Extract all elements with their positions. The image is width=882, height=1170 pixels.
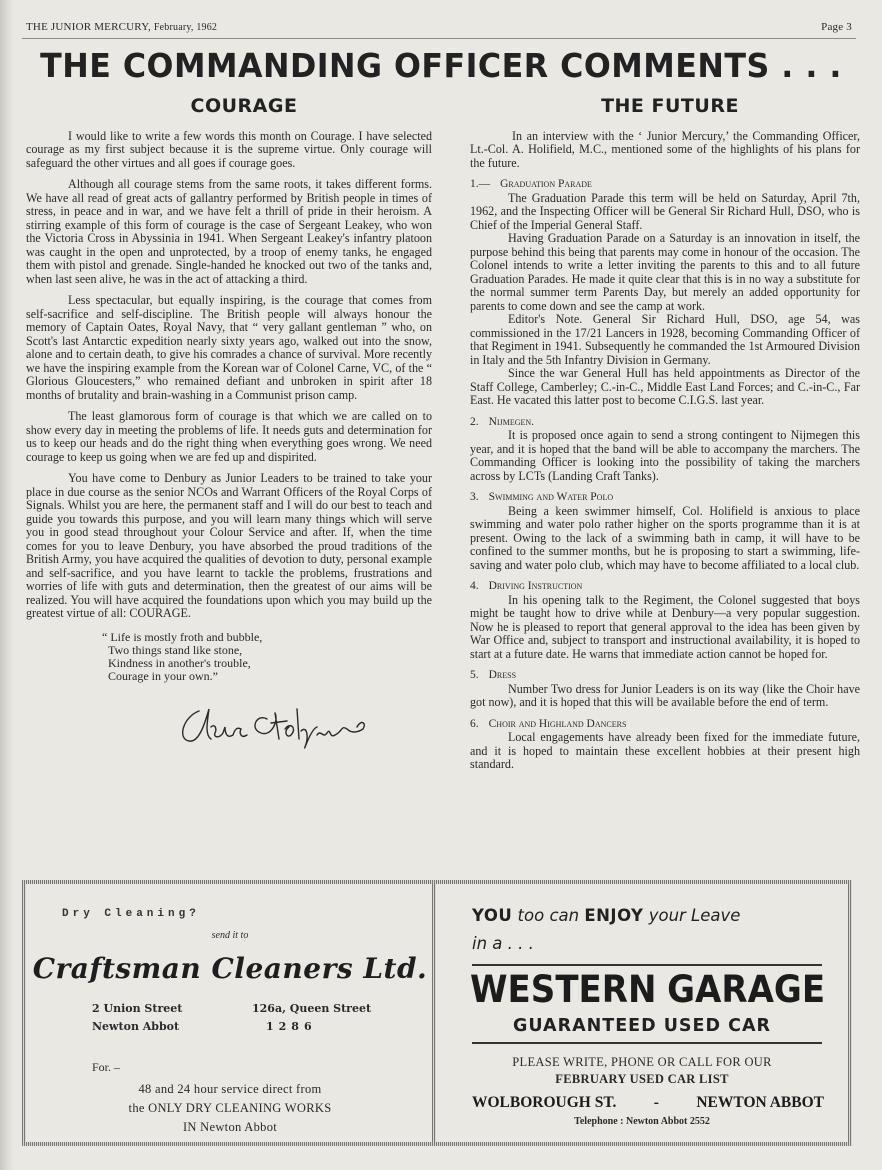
paragraph: Less spectacular, but equally inspiring,… — [26, 294, 432, 402]
running-head: THE JUNIOR MERCURY, February, 1962 Page … — [26, 21, 852, 33]
service-line: 48 and 24 hour service direct from — [26, 1080, 434, 1099]
address-line: 2 Union Street — [92, 1000, 182, 1018]
garage-tagline: YOU too can ENJOY your Leave in a . . . — [472, 902, 832, 958]
garage-subtitle: GUARANTEED USED CAR — [436, 1016, 848, 1036]
paragraph: The Graduation Parade this term will be … — [470, 192, 860, 233]
item-number: 5. — [470, 669, 479, 681]
service-line: IN Newton Abbot — [26, 1118, 434, 1137]
poem: “ Life is mostly froth and bubble,Two th… — [102, 631, 432, 684]
paragraph: Having Graduation Parade on a Saturday i… — [470, 232, 860, 313]
address-line: 126a, Queen Street — [252, 1000, 371, 1018]
issue-date: February, 1962 — [154, 22, 217, 33]
future-column: THE FUTURE In an interview with the ‘ Ju… — [470, 98, 860, 772]
tagline-too-can: too can — [518, 906, 580, 925]
cleaners-address-2: 126a, Queen Street 1286 — [252, 1000, 371, 1036]
garage-town: NEWTON ABBOT — [696, 1094, 824, 1112]
tagline-enjoy: ENJOY — [584, 906, 643, 925]
paragraph: Number Two dress for Junior Leaders is o… — [470, 683, 860, 710]
paragraph: In his opening talk to the Regiment, the… — [470, 594, 860, 662]
item-number: 2. — [470, 416, 479, 428]
item-heading: 2.Nijmegen. — [470, 416, 860, 430]
courage-body: I would like to write a few words this m… — [26, 130, 432, 621]
cleaners-prompt: Dry Cleaning? — [62, 908, 200, 920]
address-line: Newton Abbot — [92, 1018, 182, 1036]
courage-heading: COURAGE — [56, 100, 432, 114]
garage-ad: YOU too can ENJOY your Leave in a . . . … — [432, 880, 852, 1146]
item-heading: 3.Swimming and Water Polo — [470, 491, 860, 505]
page-number: Page 3 — [821, 21, 852, 33]
item-number: 3. — [470, 491, 479, 503]
poem-line: “ Life is mostly froth and bubble, — [102, 631, 432, 644]
paragraph: I would like to write a few words this m… — [26, 130, 432, 171]
item-title: Driving Instruction — [489, 580, 583, 592]
item-title: Graduation Parade — [500, 178, 592, 190]
cleaners-for-label: For. – — [92, 1060, 120, 1075]
tagline-you: YOU — [472, 906, 512, 925]
garage-name-right: GARAGE — [667, 968, 825, 1011]
future-heading: THE FUTURE — [480, 100, 860, 114]
courage-column: COURAGE I would like to write a few word… — [26, 98, 432, 753]
poem-line: Courage in your own.” — [102, 670, 432, 683]
phone-number: 1286 — [252, 1018, 371, 1036]
paragraph: Editor's Note. General Sir Richard Hull,… — [470, 313, 860, 367]
item-number: 1.— — [470, 178, 490, 190]
paragraph: Being a keen swimmer himself, Col. Holif… — [470, 505, 860, 573]
item-title: Dress — [489, 669, 516, 681]
cleaners-send-to: send it to — [26, 930, 434, 941]
advertisements: Dry Cleaning? send it to Craftsman Clean… — [22, 880, 852, 1148]
item-heading: 1.—Graduation Parade — [470, 178, 860, 192]
garage-address: WOLBOROUGH ST. - NEWTON ABBOT — [472, 1094, 824, 1112]
paragraph: Although all courage stems from the same… — [26, 178, 432, 286]
paragraph: You have come to Denbury as Junior Leade… — [26, 472, 432, 621]
cleaners-company-name: Craftsman Cleaners Ltd. — [26, 952, 434, 985]
divider — [472, 964, 822, 966]
paragraph: It is proposed once again to send a stro… — [470, 429, 860, 483]
paragraph: The least glamorous form of courage is t… — [26, 410, 432, 464]
cta-line: PLEASE WRITE, PHONE OR CALL FOR OUR — [436, 1054, 848, 1071]
header-rule — [22, 38, 856, 39]
item-number: 4. — [470, 580, 479, 592]
cleaners-address-1: 2 Union Street Newton Abbot — [92, 1000, 182, 1036]
service-line: the ONLY DRY CLEANING WORKS — [26, 1099, 434, 1118]
item-title: Nijmegen. — [489, 416, 534, 428]
signature: Alan Holifield — [171, 699, 421, 749]
item-heading: 5.Dress — [470, 669, 860, 683]
divider — [472, 1042, 822, 1044]
garage-name-left: WESTERN — [470, 968, 657, 1011]
cleaners-service: 48 and 24 hour service direct from the O… — [26, 1080, 434, 1137]
publication-name: THE JUNIOR MERCURY, — [26, 21, 151, 33]
tagline-your-leave: your Leave — [649, 906, 741, 925]
future-intro: In an interview with the ‘ Junior Mercur… — [470, 130, 860, 171]
page-title: THE COMMANDING OFFICER COMMENTS . . . — [18, 46, 865, 85]
item-heading: 6.Choir and Highland Dancers — [470, 718, 860, 732]
paragraph: Local engagements have already been fixe… — [470, 731, 860, 772]
garage-street: WOLBOROUGH ST. — [472, 1094, 616, 1112]
paragraph: Since the war General Hull has held appo… — [470, 367, 860, 408]
garage-telephone: Telephone : Newton Abbot 2552 — [436, 1116, 848, 1127]
garage-name: WESTERN GARAGE — [470, 968, 825, 1011]
cta-line: FEBRUARY USED CAR LIST — [436, 1071, 848, 1088]
cleaners-ad: Dry Cleaning? send it to Craftsman Clean… — [22, 880, 438, 1146]
garage-call-to-action: PLEASE WRITE, PHONE OR CALL FOR OUR FEBR… — [436, 1054, 848, 1088]
publication-line: THE JUNIOR MERCURY, February, 1962 — [26, 21, 217, 33]
item-number: 6. — [470, 718, 479, 730]
item-title: Choir and Highland Dancers — [489, 718, 627, 730]
page-gutter-shadow — [0, 0, 14, 1170]
item-title: Swimming and Water Polo — [489, 491, 614, 503]
tagline-in-a: in a . . . — [472, 934, 534, 953]
item-heading: 4.Driving Instruction — [470, 580, 860, 594]
separator: - — [654, 1094, 659, 1112]
future-items: 1.—Graduation ParadeThe Graduation Parad… — [470, 178, 860, 772]
poem-line: Two things stand like stone, — [102, 644, 432, 657]
